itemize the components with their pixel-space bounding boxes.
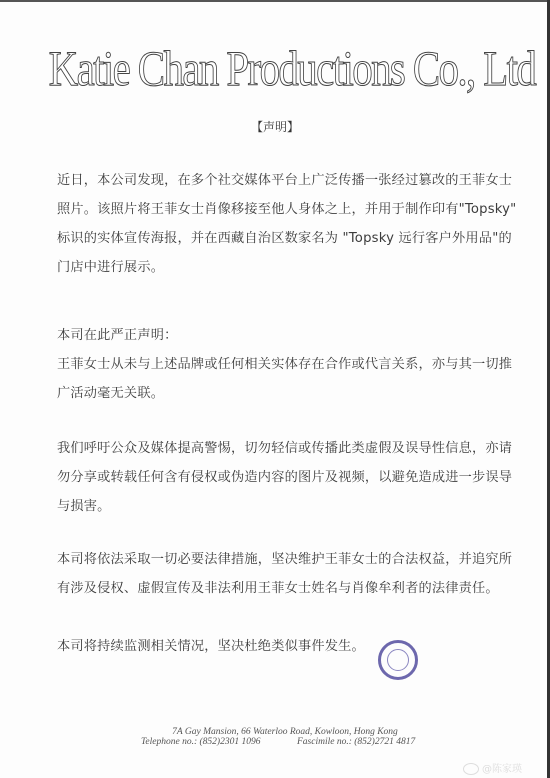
text-line: 我们呼吁公众及媒体提高警惕，切勿轻信或传播此类虚假及误导性信息，亦请 — [57, 434, 517, 463]
text-line: 本司将持续监测相关情况，坚决杜绝类似事件发生。 — [57, 632, 517, 661]
paragraph-appeal: 我们呼吁公众及媒体提高警惕，切勿轻信或传播此类虚假及误导性信息，亦请 勿分享或转… — [57, 434, 517, 521]
text-line: 门店中进行展示。 — [57, 253, 517, 282]
text-line: 有涉及侵权、虚假宣传及非法利用王菲女士姓名与肖像牟利者的法律责任。 — [57, 574, 517, 603]
weibo-watermark: @陈家瑛 — [463, 760, 522, 775]
text-line: 照片。该照片将王菲女士肖像移接至他人身体之上，并用于制作印有"Topsky" — [57, 195, 517, 224]
company-address: 7A Gay Mansion, 66 Waterloo Road, Kowloo… — [0, 727, 550, 737]
text-line: 王菲女士从未与上述品牌或任何相关实体存在合作或代言关系，亦与其一切推 — [57, 350, 517, 379]
watermark-handle: @陈家瑛 — [482, 764, 522, 775]
company-seal-icon — [378, 640, 418, 680]
statement-heading: 【声明】 — [0, 118, 550, 135]
text-line: 与损害。 — [57, 492, 517, 521]
company-letterhead-title: Katie Chan Productions Co., Ltd — [49, 38, 500, 98]
text-line: 本司将依法采取一切必要法律措施，坚决维护王菲女士的合法权益，并追究所 — [57, 545, 517, 574]
letterhead-footer: 7A Gay Mansion, 66 Waterloo Road, Kowloo… — [0, 727, 550, 749]
weibo-icon — [463, 763, 479, 775]
text-line: 广活动毫无关联。 — [57, 379, 517, 408]
facsimile-number: Fascimile no.: (852)2721 4817 — [297, 737, 415, 747]
paragraph-legal-action: 本司将依法采取一切必要法律措施，坚决维护王菲女士的合法权益，并追究所 有涉及侵权… — [57, 545, 517, 603]
text-line: 近日，本公司发现，在多个社交媒体平台上广泛传播一张经过篡改的王菲女士 — [57, 166, 517, 195]
text-line: 本司在此严正声明： — [57, 321, 517, 350]
paragraph-discovery: 近日，本公司发现，在多个社交媒体平台上广泛传播一张经过篡改的王菲女士 照片。该照… — [57, 166, 517, 282]
paragraph-declaration: 本司在此严正声明： 王菲女士从未与上述品牌或任何相关实体存在合作或代言关系，亦与… — [57, 321, 517, 408]
paragraph-monitoring: 本司将持续监测相关情况，坚决杜绝类似事件发生。 — [57, 632, 517, 661]
telephone-number: Telephone no.: (852)2301 1096 — [141, 737, 260, 747]
scan-top-border — [0, 0, 550, 2]
text-line: 勿分享或转载任何含有侵权或伪造内容的图片及视频，以避免造成进一步误导 — [57, 463, 517, 492]
text-line: 标识的实体宣传海报，并在西藏自治区数家名为 "Topsky 远行客户外用品"的 — [57, 224, 517, 253]
